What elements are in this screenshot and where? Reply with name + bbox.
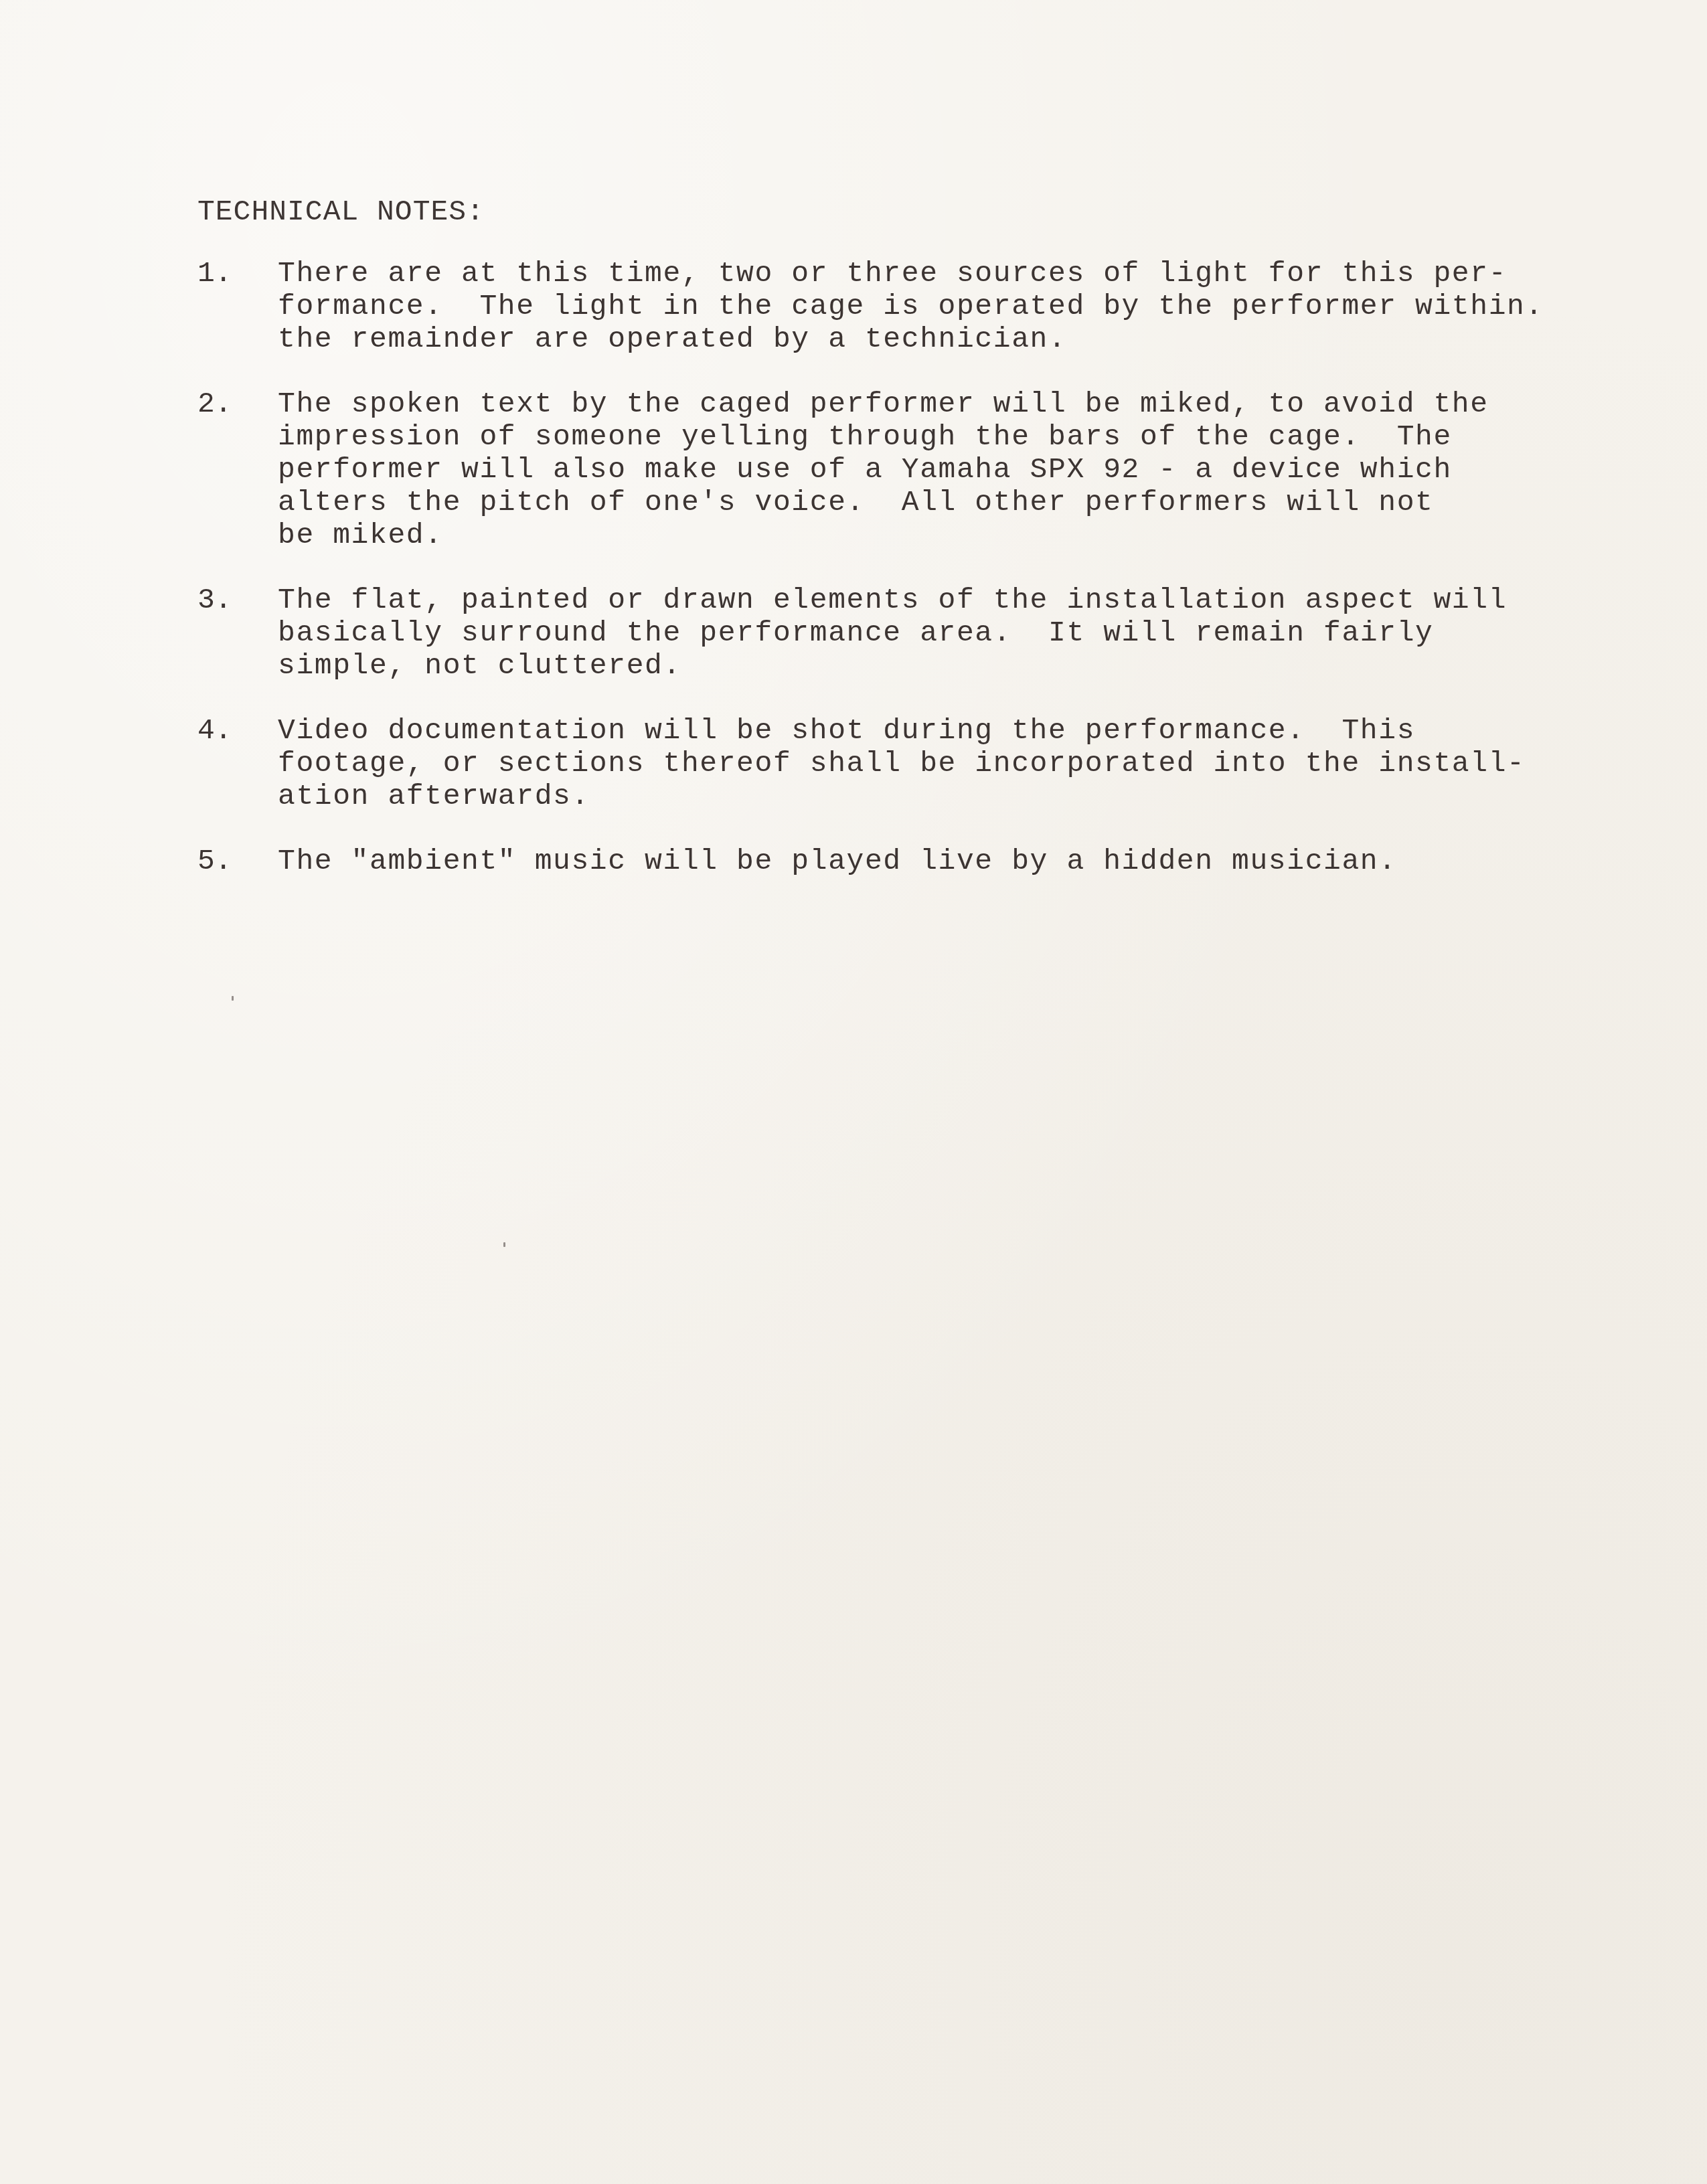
note-line: alters the pitch of one's voice. All oth… bbox=[278, 486, 1489, 519]
note-line: formance. The light in the cage is opera… bbox=[278, 290, 1544, 323]
note-line: be miked. bbox=[278, 519, 1489, 552]
ink-speck bbox=[503, 1242, 505, 1247]
note-line: The flat, painted or drawn elements of t… bbox=[278, 584, 1507, 616]
note-number: 1. bbox=[197, 257, 278, 290]
note-text: There are at this time, two or three sou… bbox=[278, 257, 1544, 355]
note-line: There are at this time, two or three sou… bbox=[278, 257, 1544, 290]
note-item: 5. The "ambient" music will be played li… bbox=[197, 845, 1697, 877]
note-number: 4. bbox=[197, 714, 278, 747]
note-line: The spoken text by the caged performer w… bbox=[278, 388, 1489, 420]
technical-notes-list: 1. There are at this time, two or three … bbox=[197, 257, 1697, 877]
note-item: 1. There are at this time, two or three … bbox=[197, 257, 1697, 355]
typed-page: TECHNICAL NOTES: 1. There are at this ti… bbox=[197, 195, 1697, 910]
note-line: Video documentation will be shot during … bbox=[278, 714, 1526, 747]
note-line: The "ambient" music will be played live … bbox=[278, 845, 1397, 877]
note-number: 3. bbox=[197, 584, 278, 616]
note-line: the remainder are operated by a technici… bbox=[278, 323, 1544, 355]
note-line: performer will also make use of a Yamaha… bbox=[278, 453, 1489, 486]
page-heading: TECHNICAL NOTES: bbox=[197, 195, 1697, 229]
note-item: 3. The flat, painted or drawn elements o… bbox=[197, 584, 1697, 682]
note-item: 2. The spoken text by the caged performe… bbox=[197, 388, 1697, 552]
note-text: Video documentation will be shot during … bbox=[278, 714, 1526, 813]
note-line: basically surround the performance area.… bbox=[278, 616, 1507, 649]
note-line: simple, not cluttered. bbox=[278, 649, 1507, 682]
note-text: The spoken text by the caged performer w… bbox=[278, 388, 1489, 552]
note-line: impression of someone yelling through th… bbox=[278, 420, 1489, 453]
note-line: footage, or sections thereof shall be in… bbox=[278, 747, 1526, 780]
note-text: The flat, painted or drawn elements of t… bbox=[278, 584, 1507, 682]
note-number: 2. bbox=[197, 388, 278, 420]
note-number: 5. bbox=[197, 845, 278, 877]
note-line: ation afterwards. bbox=[278, 780, 1526, 813]
ink-speck bbox=[232, 996, 234, 1001]
note-item: 4. Video documentation will be shot duri… bbox=[197, 714, 1697, 813]
note-text: The "ambient" music will be played live … bbox=[278, 845, 1397, 877]
